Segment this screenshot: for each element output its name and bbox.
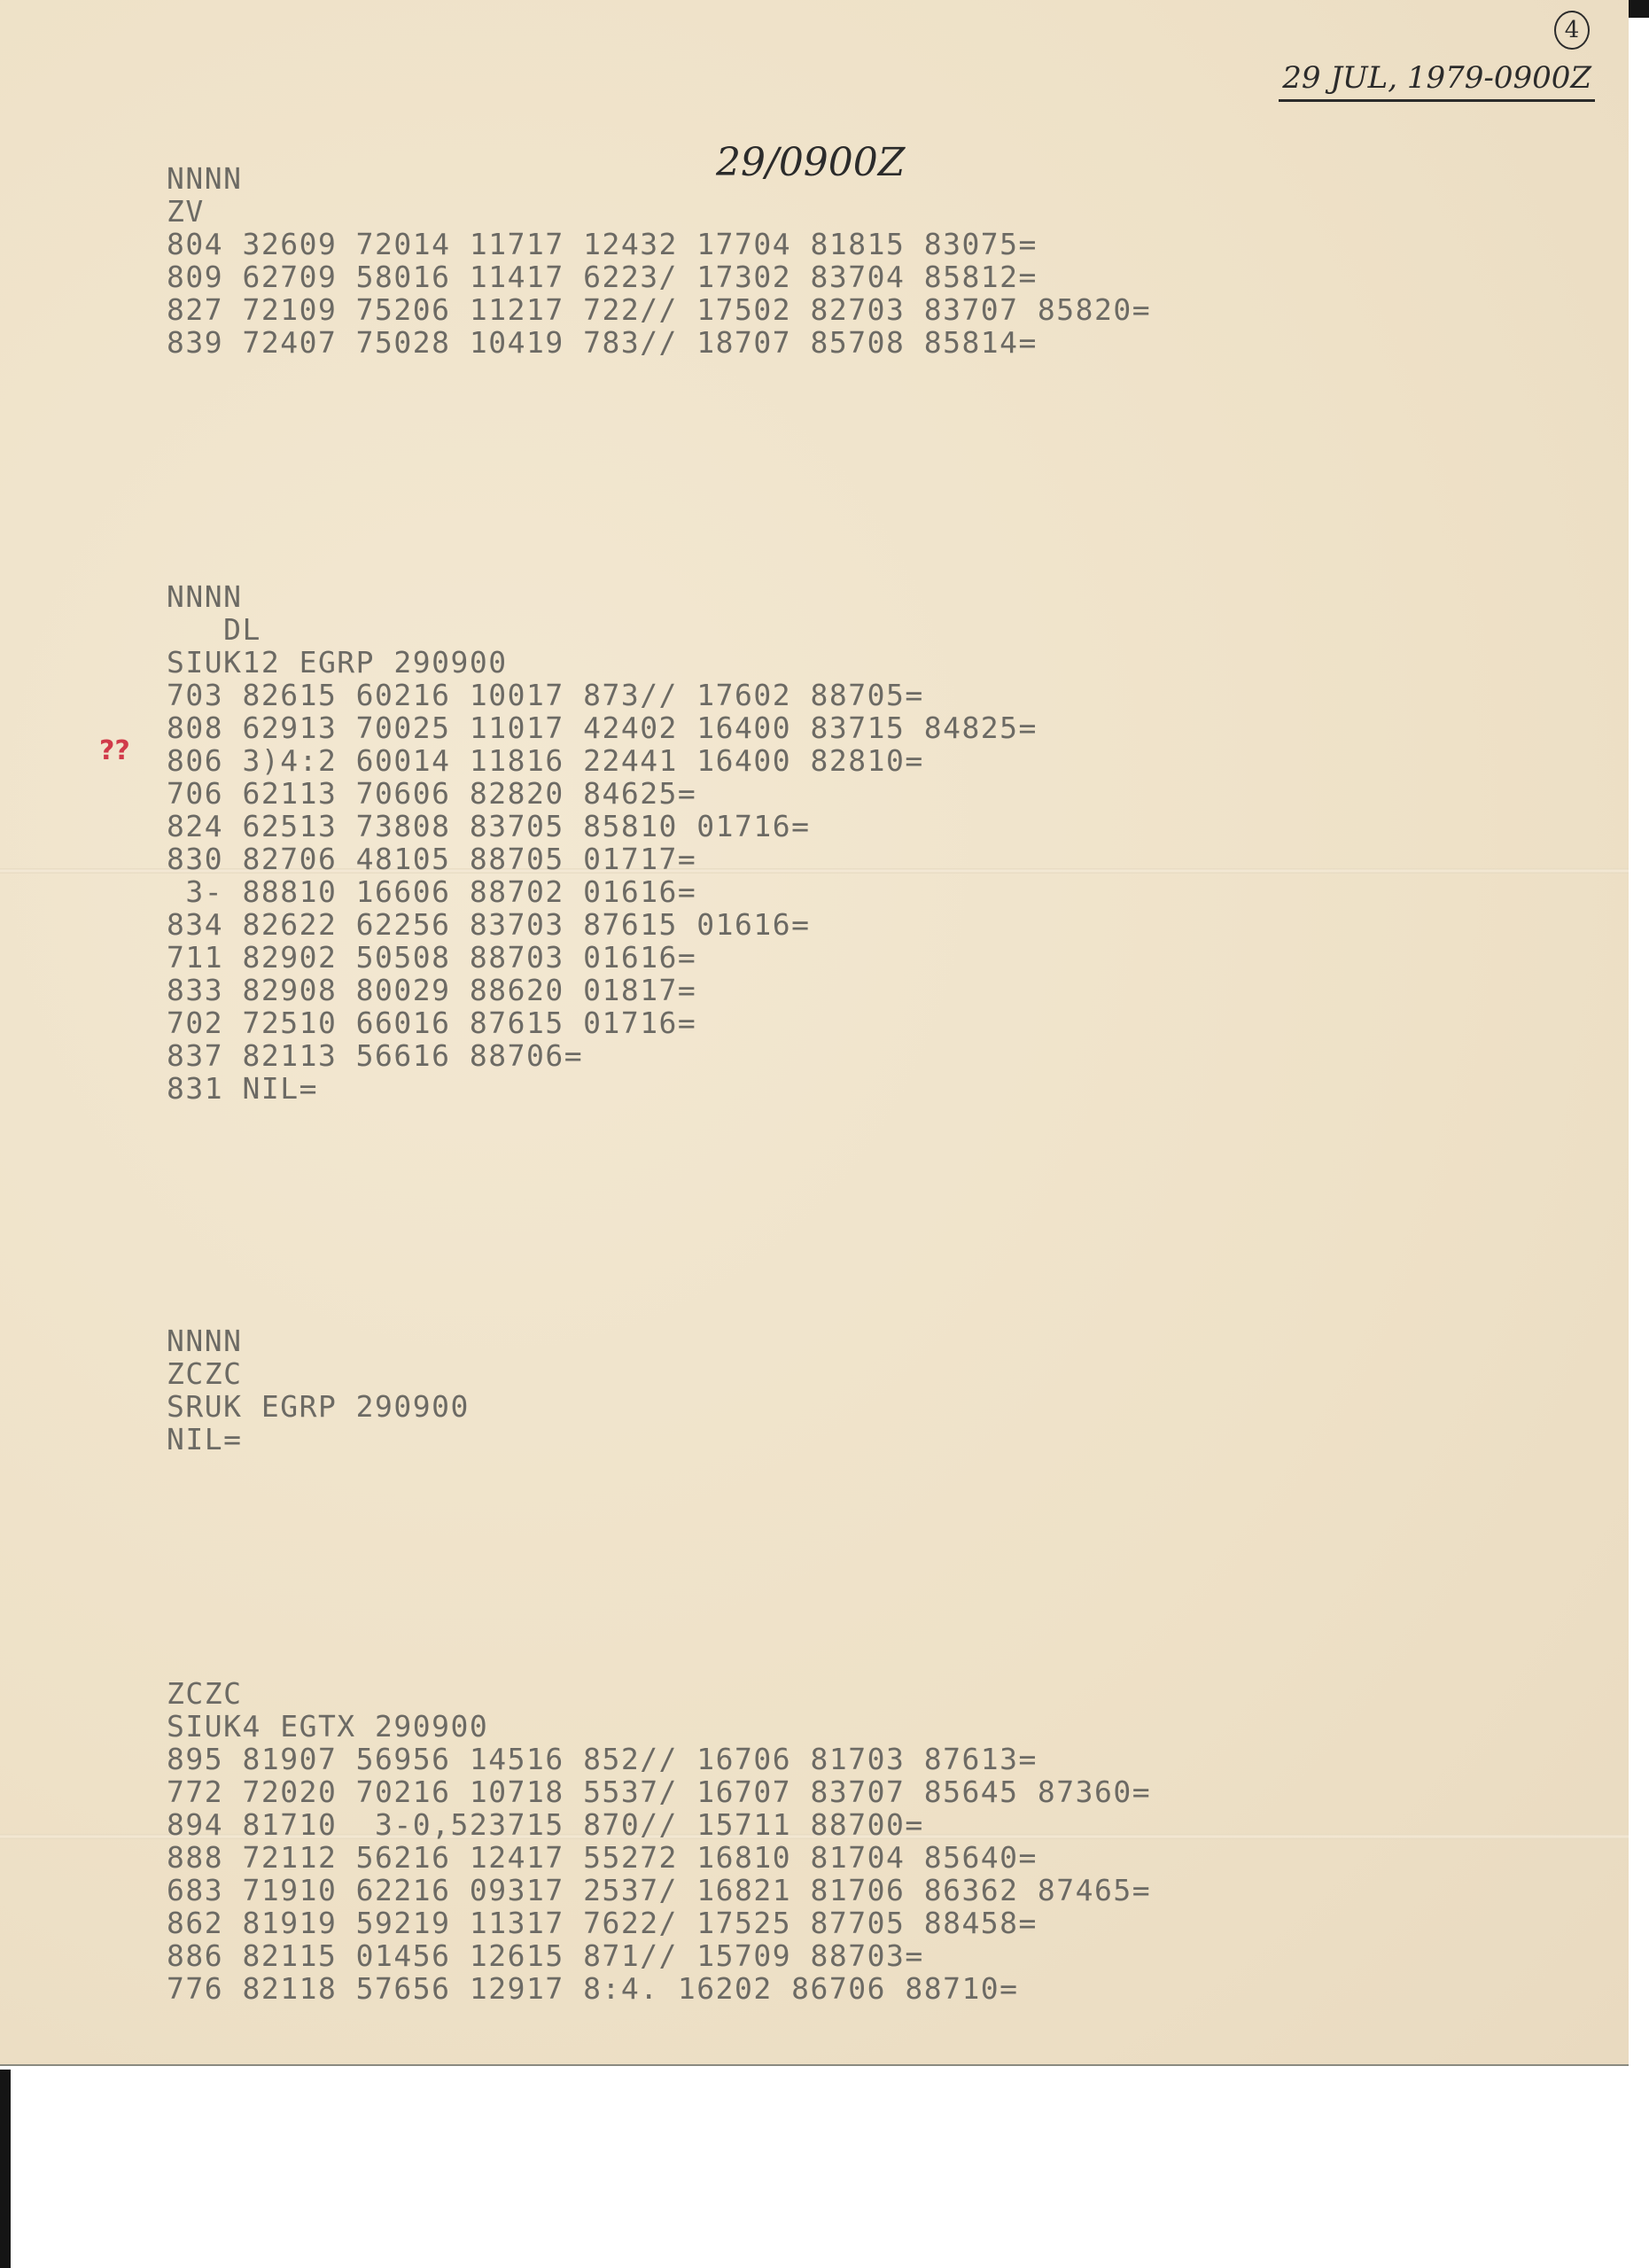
text-line: 833 82908 80029 88620 01817= xyxy=(167,974,1038,1006)
handwritten-date-header: 29 JUL, 1979-0900Z xyxy=(1279,60,1595,102)
text-line: 894 81710 3-0,523715 870// 15711 88700= xyxy=(167,1808,1151,1841)
message-block-siuk4: ZCZC SIUK4 EGTX 290900 895 81907 56956 1… xyxy=(167,1677,1151,2005)
red-query-mark: ?? xyxy=(99,735,130,766)
text-line: 808 62913 70025 11017 42402 16400 83715 … xyxy=(167,711,1038,744)
text-line: 3- 88810 16606 88702 01616= xyxy=(167,875,1038,908)
text-line: 834 82622 62256 83703 87615 01616= xyxy=(167,908,1038,941)
text-line: 830 82706 48105 88705 01717= xyxy=(167,843,1038,875)
message-block-zv: NNNN ZV 804 32609 72014 11717 12432 1770… xyxy=(167,162,1151,359)
text-line: 888 72112 56216 12417 55272 16810 81704 … xyxy=(167,1841,1151,1874)
text-line: 806 3)4:2 60014 11816 22441 16400 82810= xyxy=(167,744,1038,777)
text-line: ZV xyxy=(167,195,1151,228)
text-line: ZCZC xyxy=(167,1357,470,1390)
text-line: DL xyxy=(167,613,1038,646)
text-line: 895 81907 56956 14516 852// 16706 81703 … xyxy=(167,1743,1151,1775)
text-line: 809 62709 58016 11417 6223/ 17302 83704 … xyxy=(167,260,1151,293)
text-line: 804 32609 72014 11717 12432 17704 81815 … xyxy=(167,228,1151,260)
text-line: 776 82118 57656 12917 8:4. 16202 86706 8… xyxy=(167,1972,1151,2005)
text-line: NNNN xyxy=(167,580,1038,613)
text-line: 831 NIL= xyxy=(167,1072,1038,1105)
message-block-siuk12: NNNN DL SIUK12 EGRP 290900 703 82615 602… xyxy=(167,580,1038,1105)
text-line: SIUK4 EGTX 290900 xyxy=(167,1710,1151,1743)
text-line: NNNN xyxy=(167,1324,470,1357)
text-line: NIL= xyxy=(167,1423,470,1456)
document-page: 4 29 JUL, 1979-0900Z 29/0900Z NNNN ZV 80… xyxy=(0,0,1629,2066)
scan-border xyxy=(0,2070,11,2268)
text-line: 824 62513 73808 83705 85810 01716= xyxy=(167,810,1038,843)
text-line: 683 71910 62216 09317 2537/ 16821 81706 … xyxy=(167,1874,1151,1907)
scan-border xyxy=(1629,0,1649,18)
text-line: 703 82615 60216 10017 873// 17602 88705= xyxy=(167,679,1038,711)
text-line: 839 72407 75028 10419 783// 18707 85708 … xyxy=(167,326,1151,359)
text-line: 827 72109 75206 11217 722// 17502 82703 … xyxy=(167,293,1151,326)
text-line: 711 82902 50508 88703 01616= xyxy=(167,941,1038,974)
text-line: 702 72510 66016 87615 01716= xyxy=(167,1006,1038,1039)
text-line: 862 81919 59219 11317 7622/ 17525 87705 … xyxy=(167,1907,1151,1939)
text-line: 772 72020 70216 10718 5537/ 16707 83707 … xyxy=(167,1775,1151,1808)
text-line: NNNN xyxy=(167,162,1151,195)
text-line: 706 62113 70606 82820 84625= xyxy=(167,777,1038,810)
text-line: SIUK12 EGRP 290900 xyxy=(167,646,1038,679)
text-line: ZCZC xyxy=(167,1677,1151,1710)
text-line: SRUK EGRP 290900 xyxy=(167,1390,470,1423)
text-line: 837 82113 56616 88706= xyxy=(167,1039,1038,1072)
text-line: 886 82115 01456 12615 871// 15709 88703= xyxy=(167,1939,1151,1972)
message-block-sruk: NNNN ZCZC SRUK EGRP 290900 NIL= xyxy=(167,1324,470,1456)
page-number-circled: 4 xyxy=(1554,11,1590,50)
